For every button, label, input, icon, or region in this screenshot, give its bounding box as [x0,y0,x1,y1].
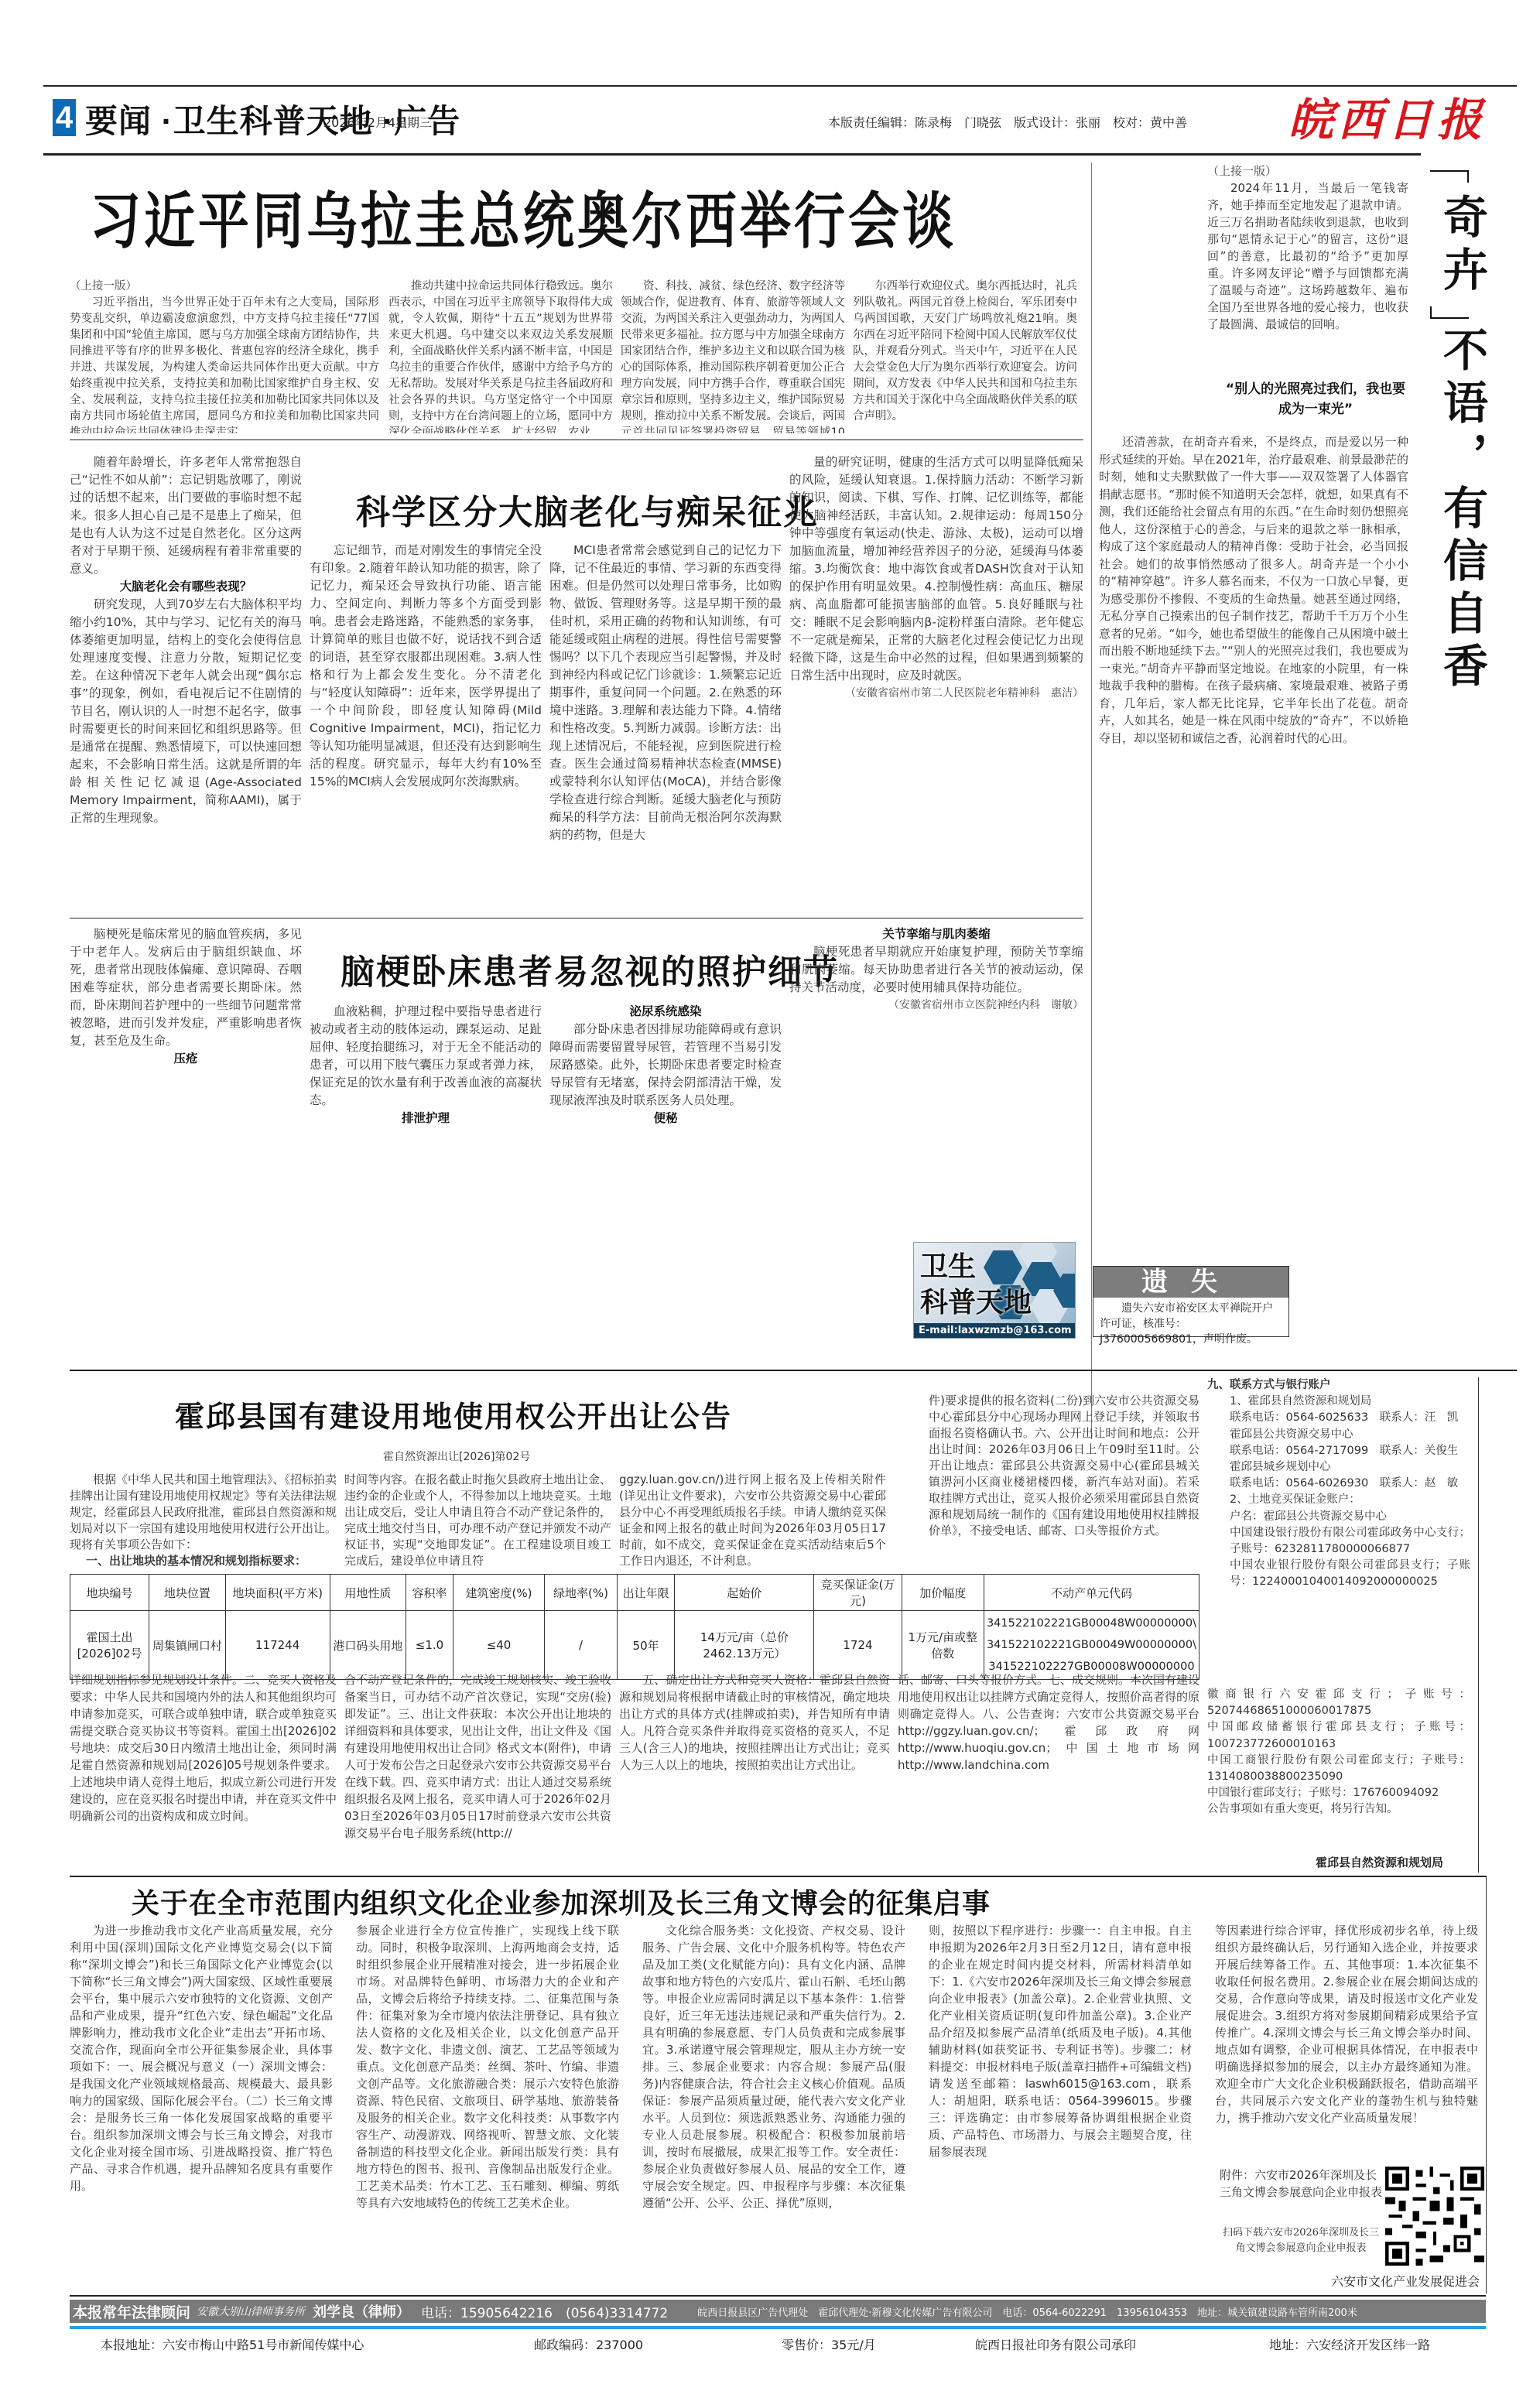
table-row: 霍国土出[2026]02号 周集镇闸口村 117244 港口码头用地 ≤1.0 … [70,1611,1199,1680]
land-col-4: 件)要求提供的报名资料(二份)到六安市公共资源交易中心霍邱县分中心现场办理网上登… [929,1393,1199,1571]
feature-continued-label: （上接一版） [1207,162,1408,180]
promo-email[interactable]: E-mail:laxwzmzb@163.com [914,1323,1076,1338]
lawyer-name: 刘学良（律师） [313,2301,410,2321]
table-header: 容积率 [406,1575,453,1611]
land-notice-headline: 霍邱县国有建设用地使用权公开出让公告 [175,1393,732,1435]
issue-weekday: 星期三 [395,113,432,131]
land-paragraph: 详细规划指标参见规划设计条件。二、竞买人资格及要求：中华人民共和国境内外的法人和… [70,1671,337,1825]
land-notice-signature: 霍邱县自然资源和规划局 [1316,1854,1443,1870]
expo-paragraph: 文化综合服务类：文化投资、产权交易、设计服务、广告会展、文化中介服务机构等。特色… [642,1922,905,2211]
table-header: 建筑密度(%) [453,1575,544,1611]
ad-agency-info: 皖西日报县区广告代理处 霍邱代理处·新穆文化传媒广告有限公司 电话：0564-6… [697,2304,1357,2319]
legal-phone: 电话：15905642216 (0564)3314772 [421,2302,668,2321]
lost-notice: 遗失 遗失六安市裕安区太平禅院开户许可证，核准号：J3760005669801，… [1093,1266,1289,1337]
table-cell: 1万元/亩或整倍数 [902,1611,984,1680]
table-cell: / [545,1611,618,1680]
table-header: 地块面积(平方米) [225,1575,330,1611]
header-bottom-rule [43,153,1421,156]
lead-col-2: 推动共建中拉命运共同体行稳致远。奥尔西表示，中国在习近平主席领导下取得伟大成就，… [388,279,613,433]
lead-col-1: （上接一版） 习近平指出，当今世界正处于百年未有之大变局，国际形势变乱交织，单边… [70,279,379,433]
land-bottom-col-4: 话、邮寄、口头等报价方式。七、成交规则。本次国有建设用地使用权出让以挂牌方式确定… [898,1671,1199,1857]
table-header: 用地性质 [330,1575,406,1611]
page-number-badge: 4 [53,99,76,136]
contact-line: 中国工商银行股份有限公司霍邱支行；子账号：1314080038800235090 [1207,1753,1470,1785]
contact-line: 联系电话：0564-6025633 联系人：汪 凯 [1207,1410,1470,1426]
expo-col-4: 则，按照以下程序进行：步骤一：自主申报。自主申报期为2026年2月3日至2月12… [929,1922,1192,2286]
land-paragraph: ggzy.luan.gov.cn/)进行网上报名及上传相关附件(详见出让文件要求… [619,1472,886,1569]
newspaper-page: 4 要闻 ·卫生科普天地 ·广告 2026年2月4日 星期三 本版责任编辑：陈录… [0,0,1540,2408]
ad-box-right-border [1478,1377,1479,1873]
lead-headline: 习近平同乌拉圭总统奥尔西举行会谈 [90,172,957,260]
land-section-title: 一、出让地块的基本情况和规划指标要求： [70,1553,337,1569]
expo-col-2: 参展企业进行全方位宣传推广，实现线上线下联动。同时，积极争取深圳、上海两地商会支… [356,1922,619,2286]
table-cell: 港口码头用地 [330,1611,406,1680]
legal-advisor-label: 本报常年法律顾问 [73,2301,190,2322]
land-contacts-col: 九、联系方式与银行账户 1、霍邱县自然资源和规划局 联系电话：0564-6025… [1207,1377,1470,1687]
qr-code-icon[interactable] [1385,2167,1484,2266]
masthead-logo: 皖西日报 [1288,84,1487,149]
retail-price: 零售价：35元/月 [782,2335,876,2353]
science-col-2: 忘记细节，而是对刚发生的事情完全没有印象。2.随着年龄认知功能的损害，除了记忆力… [310,542,542,890]
stroke-col-4: 关节挛缩与肌肉萎缩 脑梗死患者早期就应开始康复护理，预防关节挛缩和肌肉萎缩。每天… [789,925,1083,1235]
feature-vertical-title: 奇卉 不语，有信自香 [1429,170,1490,805]
table-cell: 1724 [814,1611,902,1680]
stroke-headline: 脑梗卧床患者易忽视的照护细节 [341,944,839,994]
feature-title-part2: 不语，有信自香 [1429,327,1494,695]
contact-line: 1、霍邱县自然资源和规划局 [1207,1394,1470,1410]
footer-blue-line [70,2326,1486,2329]
science-paragraph: 忘记细节，而是对刚发生的事情完全没有印象。2.随着年龄认知功能的损害，除了记忆力… [310,542,542,791]
contact-line: 中国邮政储蓄银行霍邱县支行；子账号：100723772600010163 [1207,1719,1470,1752]
expo-col-1: 为进一步推动我市文化产业高质量发展，充分利用中国(深圳)国际文化产业博览交易会(… [70,1922,333,2286]
contact-line: 霍邱县公共资源交易中心 [1207,1427,1470,1443]
expo-headline: 关于在全市范围内组织文化企业参加深圳及长三角文博会的征集启事 [132,1882,991,1921]
expo-section-rule [70,1876,1486,1877]
contact-line: 中国农业银行股份有限公司霍邱县支行；子账号：122400010400140920… [1207,1558,1470,1590]
table-cell: 50年 [617,1611,675,1680]
stroke-subhead: 泌尿系统感染 [549,1003,782,1021]
table-header: 地块编号 [70,1575,149,1611]
feature-paragraph: 还清善款，在胡奇卉看来，不是终点，而是爱以另一种形式延续的开始。早在2021年，… [1099,433,1408,747]
land-bottom-col-1: 详细规划指标参见规划设计条件。二、竞买人资格及要求：中华人民共和国境内外的法人和… [70,1671,337,1857]
close-bracket-icon [1430,306,1469,319]
stroke-intro: 脑梗死是临床常见的脑血管疾病，多见于中老年人。发病后由于脑组织缺血、坏死，患者常… [70,925,302,1050]
feature-paragraph: 2024年11月，当最后一笔钱寄齐，她手捧而至定地发起了退款申请。近三万名捐助者… [1207,180,1408,333]
printer-address: 地址：六安经济开发区纬一路 [1269,2335,1430,2353]
table-header: 出让年限 [617,1575,675,1611]
land-col-3: ggzy.luan.gov.cn/)进行网上报名及上传相关附件(详见出让文件要求… [619,1472,886,1572]
science-bottom-rule [70,918,1083,918]
stroke-subhead: 压疮 [70,1050,302,1068]
table-header: 起始价 [675,1575,814,1611]
stroke-paragraph: 部分卧床患者因排尿功能障碍或有意识障碍而需要留置导尿管，若管理不当易引发尿路感染… [549,1021,782,1110]
lead-paragraph: 推动共建中拉命运共同体行稳致远。奥尔西表示，中国在习近平主席领导下取得伟大成就，… [388,279,613,433]
editor-credits: 本版责任编辑：陈录梅 门晓弦 版式设计：张丽 校对：黄中善 [828,113,1187,131]
promo-title-line2: 科普天地 [920,1284,1032,1320]
newspaper-address: 本报地址：六安市梅山中路51号市新闻传媒中心 [101,2335,364,2353]
land-col-2: 时间等内容。在报名截止时拖欠县政府土地出让金、违约金的企业或个人，不得参加以上地… [344,1472,611,1572]
contact-line: 2、土地竞买保证金账户： [1207,1492,1470,1508]
promo-title: 卫生 科普天地 [920,1249,1032,1320]
expo-box-right-border [1486,1876,1487,2293]
contact-line: 徽商银行六安霍邱支行；子账号：52074468651000060017875 [1207,1687,1470,1719]
open-bracket-icon [1430,170,1469,183]
science-byline: （安徽省宿州市第二人民医院老年精神科 惠洁） [789,685,1083,703]
land-parcel-table: 地块编号 地块位置 地块面积(平方米) 用地性质 容积率 建筑密度(%) 绿地率… [70,1574,1199,1680]
table-cell: ≤40 [453,1611,544,1680]
table-header-row: 地块编号 地块位置 地块面积(平方米) 用地性质 容积率 建筑密度(%) 绿地率… [70,1575,1199,1611]
contact-line: 中国银行霍邱支行；子账号：176760094092 [1207,1785,1470,1801]
science-headline: 科学区分大脑老化与痴呆征兆 [356,484,819,534]
stroke-byline: （安徽省宿州市立医院神经内科 谢敏） [789,997,1083,1014]
stroke-paragraph: 血液粘稠，护理过程中要指导患者进行被动或者主动的肢体运动，踝泵运动、足趾屈伸、轻… [310,1003,542,1110]
qr-caption: 扫码下载六安市2026年深圳及长三角文博会参展意向企业申报表 [1220,2225,1382,2256]
contact-line: 中国建设银行股份有限公司霍邱政务中心支行；子账号：623281178000006… [1207,1525,1470,1558]
printer: 皖西日报社印务有限公司承印 [975,2335,1136,2353]
stroke-col-2: 血液粘稠，护理过程中要指导患者进行被动或者主动的肢体运动，踝泵运动、足趾屈伸、轻… [310,1003,542,1343]
science-col-3: MCI患者常常会感觉到自己的记忆力下降，记不住最近的事情、学习新的东西变得困难。… [549,542,782,890]
land-bottom-col-3: 五、确定出让方式和竞买人资格：霍邱县自然资源和规划局将根据申请截止时的审核情况，… [619,1671,890,1857]
table-header: 绿地率(%) [545,1575,618,1611]
land-bottom-col-2: 合不动产登记条件的，完成竣工规划核实、竣工验收备案当日，可办结不动产首次登记，实… [344,1671,611,1857]
expo-paragraph: 参展企业进行全方位宣传推广，实现线上线下联动。同时，积极争取深圳、上海两地商会支… [356,1922,619,2211]
promo-title-line1: 卫生 [920,1249,1032,1284]
land-contacts-title: 九、联系方式与银行账户 [1207,1377,1470,1394]
legal-firm: 安徽大别山律师事务所 [197,2304,305,2319]
stroke-col-1: 脑梗死是临床常见的脑血管疾病，多见于中老年人。发病后由于脑组织缺血、坏死，患者常… [70,925,302,1343]
contact-line: 联系电话：0564-6026930 联系人：赵 敏 [1207,1476,1470,1492]
stroke-col-3: 泌尿系统感染 部分卧床患者因排尿功能障碍或有意识障碍而需要留置导尿管，若管理不当… [549,1003,782,1343]
lost-notice-text: 遗失六安市裕安区太平禅院开户许可证，核准号：J3760005669801，声明作… [1093,1298,1288,1350]
lead-bottom-rule [70,440,1083,440]
table-cell: 霍国土出[2026]02号 [70,1611,149,1680]
expo-col-3: 文化综合服务类：文化投资、产权交易、设计服务、广告会展、文化中介服务机构等。特色… [642,1922,905,2286]
stroke-paragraph: 脑梗死患者早期就应开始康复护理，预防关节挛缩和肌肉萎缩。每天协助患者进行各关节的… [789,943,1083,997]
lead-col-3: 资、科技、减贫、绿色经济、数字经济等领域合作，促进教育、体育、旅游等领域人文交流… [621,279,845,433]
footer-top-rule [70,2295,1486,2297]
table-cell-unit-codes: 341522102221GB00048W00000000\ 3415221022… [984,1611,1199,1680]
table-header: 不动产单元代码 [984,1575,1199,1611]
contact-line: 霍邱县城乡规划中心 [1207,1459,1470,1476]
table-header: 地块位置 [149,1575,226,1611]
feature-pull-quote: “别人的光照亮过我们，我也要成为一束光” [1223,379,1408,419]
lead-paragraph: 习近平指出，当今世界正处于百年未有之大变局，国际形势变乱交织，单边霸凌愈演愈烈，… [70,295,379,433]
expo-attachment[interactable]: 附件：六安市2026年深圳及长三角文博会参展意向企业申报表 [1220,2167,1382,2201]
science-col-4: 量的研究证明，健康的生活方式可以明显降低痴呆的风险，延缓认知衰退。1.保持脑力活… [789,453,1083,887]
table-cell: 周集镇闸口村 [149,1611,226,1680]
contact-line: 户名：霍邱县公共资源交易中心 [1207,1509,1470,1525]
table-header: 竞买保证金(万元) [814,1575,902,1611]
feature-title-part1: 奇卉 [1429,193,1494,299]
land-accounts-col: 徽商银行六安霍邱支行；子账号：52074468651000060017875 中… [1207,1687,1470,1849]
land-paragraph: 话、邮寄、口头等报价方式。七、成交规则。本次国有建设用地使用权出让以挂牌方式确定… [898,1671,1199,1774]
table-header: 加价幅度 [902,1575,984,1611]
science-subhead: 大脑老化会有哪些表现？ [70,578,302,596]
table-cell: 117244 [225,1611,330,1680]
lead-col-4: 尔西举行欢迎仪式。奥尔西抵达时，礼兵列队敬礼。两国元首登上检阅台，军乐团奏中乌两… [853,279,1077,433]
unit-code: 341522102221GB00049W00000000\ [987,1634,1196,1656]
expo-paragraph: 为进一步推动我市文化产业高质量发展，充分利用中国(深圳)国际文化产业博览交易会(… [70,1922,333,2194]
expo-col-5: 等因素进行综合评审，择优形成初步名单，待上级组织方最终确认后，另行通知入选企业，… [1215,1922,1478,2170]
expo-paragraph: 等因素进行综合评审，择优形成初步名单，待上级组织方最终确认后，另行通知入选企业，… [1215,1922,1478,2126]
health-column-promo: 卫生 科普天地 E-mail:laxwzmzb@163.com [913,1242,1076,1339]
expo-paragraph: 则，按照以下程序进行：步骤一：自主申报。自主申报期为2026年2月3日至2月12… [929,1922,1192,2160]
lead-continued-label: （上接一版） [70,279,379,295]
science-paragraph: 研究发现，人到70岁左右大脑体积平均缩小约10%，其中与学习、记忆有关的海马体萎… [70,596,302,827]
contact-line: 联系电话：0564-2717099 联系人：关俊生 [1207,1443,1470,1459]
ad-section-rule [70,1370,1517,1371]
stroke-subhead: 排泄护理 [310,1110,542,1127]
land-col-1: 根据《中华人民共和国土地管理法》、《招标拍卖挂牌出让国有建设用地使用权规定》等有… [70,1472,337,1572]
land-paragraph: 件)要求提供的报名资料(二份)到六安市公共资源交易中心霍邱县分中心现场办理网上登… [929,1393,1199,1539]
science-paragraph: MCI患者常常会感觉到自己的记忆力下降，记不住最近的事情、学习新的东西变得困难。… [549,542,782,844]
land-paragraph: 五、确定出让方式和竞买人资格：霍邱县自然资源和规划局将根据申请截止时的审核情况，… [619,1671,890,1774]
science-intro: 随着年龄增长，许多老年人常常抱怨自己“记性不如从前”：忘记钥匙放哪了，刚说过的话… [70,453,302,578]
lead-paragraph: 尔西举行欢迎仪式。奥尔西抵达时，礼兵列队敬礼。两国元首登上检阅台，军乐团奏中乌两… [853,279,1077,425]
feature-bottom-text: 还清善款，在胡奇卉看来，不是终点，而是爱以另一种形式延续的开始。早在2021年，… [1099,433,1408,1207]
postcode: 邮政编码：237000 [534,2335,643,2353]
science-col-1: 随着年龄增长，许多老年人常常抱怨自己“记性不如从前”：忘记钥匙放哪了，刚说过的话… [70,453,302,887]
table-cell: ≤1.0 [406,1611,453,1680]
unit-code: 341522102221GB00048W00000000\ [987,1613,1196,1634]
footer-ad-bar: 本报常年法律顾问 安徽大别山律师事务所 刘学良（律师） 电话：159056422… [70,2300,1486,2323]
contact-line: 公告事项如有重大变更，将另行告知。 [1207,1801,1470,1818]
land-intro: 根据《中华人民共和国土地管理法》、《招标拍卖挂牌出让国有建设用地使用权规定》等有… [70,1472,337,1553]
land-paragraph: 合不动产登记条件的，完成竣工规划核实、竣工验收备案当日，可办结不动产首次登记，实… [344,1671,611,1842]
lead-paragraph: 资、科技、减贫、绿色经济、数字经济等领域合作，促进教育、体育、旅游等领域人文交流… [621,279,845,433]
column-divider [1091,162,1092,1439]
expo-signature: 六安市文化产业发展促进会 [1331,2272,1480,2290]
stroke-subhead: 关节挛缩与肌肉萎缩 [789,925,1083,943]
table-cell: 14万元/亩（总价2462.13万元） [675,1611,814,1680]
science-paragraph: 量的研究证明，健康的生活方式可以明显降低痴呆的风险，延缓认知衰退。1.保持脑力活… [789,453,1083,685]
stroke-subhead: 便秘 [549,1110,782,1127]
land-notice-doc-number: 霍自然资源出让[2026]第02号 [383,1449,530,1464]
lost-notice-title: 遗失 [1093,1267,1288,1298]
land-paragraph: 时间等内容。在报名截止时拖欠县政府土地出让金、违约金的企业或个人，不得参加以上地… [344,1472,611,1569]
